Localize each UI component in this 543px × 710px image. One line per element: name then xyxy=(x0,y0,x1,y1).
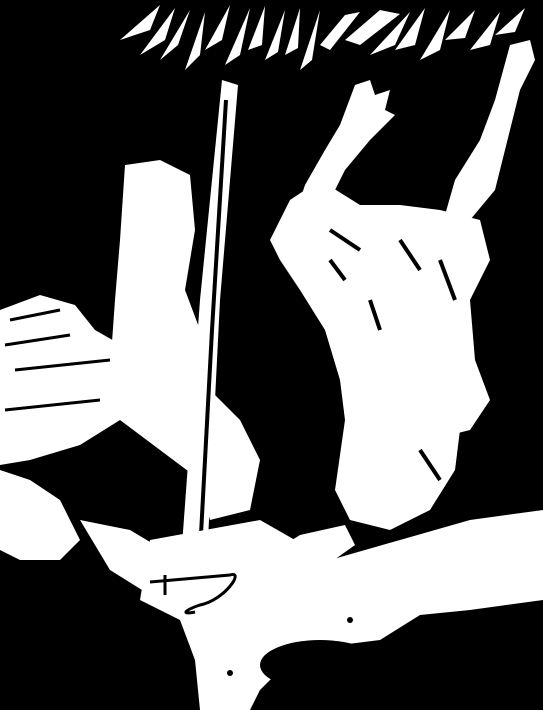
ink-illustration xyxy=(0,0,543,710)
illustration xyxy=(0,0,543,710)
